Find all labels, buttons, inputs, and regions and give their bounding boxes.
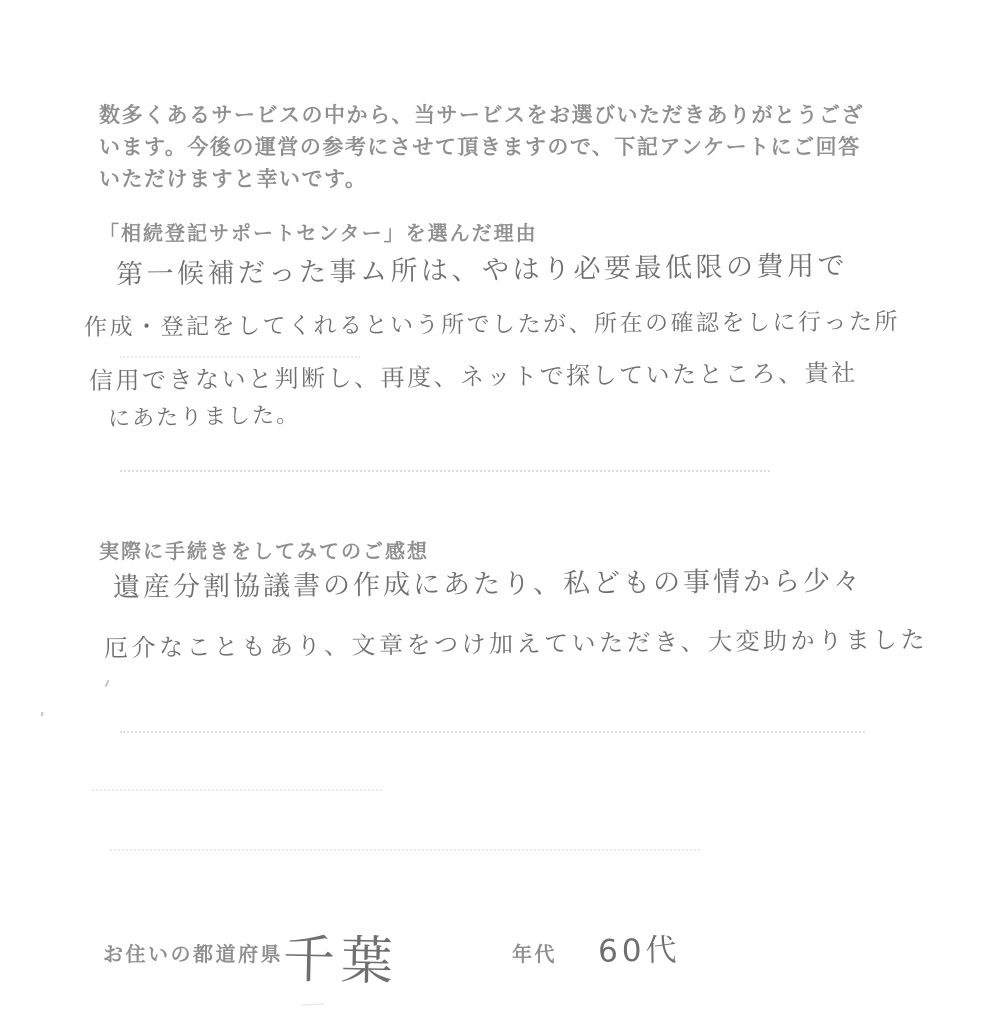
intro-line-1: 数多くあるサービスの中から、当サービスをお選びいただきありがとうござ xyxy=(99,99,864,131)
question1-answer-line-2: 作成・登記をしてくれるという所でしたが、所在の確認をしに行った所 xyxy=(84,303,900,342)
scanned-survey-page: 数多くあるサービスの中から、当サービスをお選びいただきありがとうござ います。今… xyxy=(0,0,984,1024)
question2-label: 実際に手続きをしてみてのご感想 xyxy=(99,535,429,564)
prefecture-label: お住いの都道府県 xyxy=(103,938,283,967)
scan-speckle xyxy=(41,712,44,716)
question2-answer-line-1: 遺産分割協議書の作成にあたり、私どもの事情から少々 xyxy=(113,559,863,605)
question1-answer-line-4: にあたりました。 xyxy=(108,398,301,433)
intro-line-2: います。今後の運営の参考にさせて頂きますので、下記アンケートにご回答 xyxy=(99,131,861,163)
question1-answer-line-1: 第一候補だった事ム所は、やはり必要最低限の費用で xyxy=(116,244,848,292)
question2-answer-line-2: 厄介なこともあり、文章をつけ加えていただき、大変助かりました xyxy=(104,620,928,664)
ruled-line-4 xyxy=(92,789,382,791)
ruled-line-2 xyxy=(120,470,770,472)
question1-answer-line-3: 信用できないと判断し、再度、ネットで探していたところ、貴社 xyxy=(89,353,858,396)
age-label: 年代 xyxy=(512,938,557,967)
prefecture-value-handwritten: 千葉 xyxy=(282,917,400,994)
ruled-line-3 xyxy=(120,731,865,733)
question1-label: 「相続登記サポートセンター」を選んだ理由 xyxy=(99,217,538,246)
age-value-handwritten: 60代 xyxy=(598,924,681,970)
scan-speckle xyxy=(105,680,110,687)
ruled-line-5 xyxy=(110,849,700,851)
scan-speckle xyxy=(302,1003,324,1006)
intro-line-3: いただけますと幸いです。 xyxy=(99,163,367,195)
